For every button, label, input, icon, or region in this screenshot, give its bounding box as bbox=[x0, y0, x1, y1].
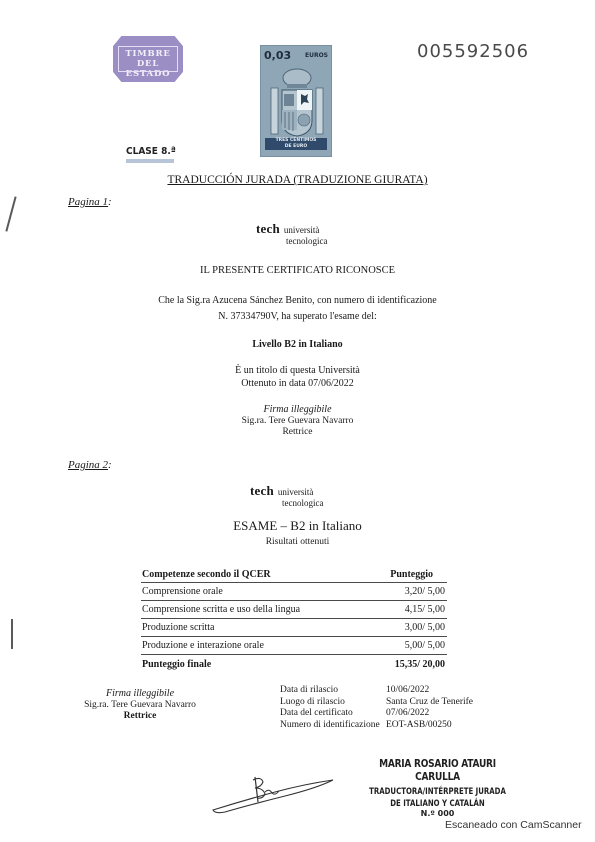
clase-bar bbox=[126, 159, 174, 163]
info-key: Data del certificato bbox=[280, 708, 386, 720]
scan-mark bbox=[5, 196, 16, 231]
logo-line1: università bbox=[278, 487, 314, 497]
page-1-label: Pagina 1: bbox=[68, 196, 112, 208]
info-key: Numero di identificazione bbox=[280, 720, 386, 732]
clase-label: CLASE 8.ª bbox=[126, 146, 176, 157]
row-skill: Comprensione orale bbox=[142, 586, 223, 597]
timbre-del-estado-stamp: TIMBRE DEL ESTADO bbox=[113, 36, 183, 82]
logo-line2: tecnologica bbox=[286, 236, 327, 246]
certificate-heading: IL PRESENTE CERTIFICATO RICONOSCE bbox=[0, 264, 595, 278]
page-1-label-colon: : bbox=[108, 196, 112, 208]
obtained-date: Ottenuto in data 07/06/2022 bbox=[0, 377, 595, 390]
page-2-signature: Firma illeggibile Sig.ra. Tere Guevara N… bbox=[60, 688, 220, 723]
signatory-role: Rettrice bbox=[0, 427, 595, 439]
info-value: 10/06/2022 bbox=[386, 685, 429, 697]
translator-name: MARIA ROSARIO ATAURI CARULLA bbox=[362, 757, 514, 783]
handwritten-signature-icon bbox=[205, 772, 345, 817]
translator-number: N.º 000 bbox=[345, 810, 530, 816]
row-score: 3,00/ 5,00 bbox=[405, 622, 447, 633]
info-row: Data del certificato 07/06/2022 bbox=[280, 708, 473, 720]
table-row: Comprensione scritta e uso della lingua … bbox=[141, 601, 447, 619]
logo-tech: tech bbox=[250, 483, 274, 498]
translator-role-line1: TRADUCTORA/INTÉRPRETE JURADA bbox=[362, 786, 514, 798]
final-score: 15,35/ 20,00 bbox=[395, 659, 447, 670]
table-header: Competenze secondo il QCER Punteggio bbox=[141, 566, 447, 583]
exam-title: ESAME – B2 in Italiano bbox=[0, 518, 595, 534]
info-row: Luogo di rilascio Santa Cruz de Tenerife bbox=[280, 697, 473, 709]
page-1-signature: Firma illeggibile Sig.ra. Tere Guevara N… bbox=[0, 404, 595, 439]
logo-tech: tech bbox=[256, 221, 280, 236]
table-row: Produzione scritta 3,00/ 5,00 bbox=[141, 619, 447, 637]
info-row: Data di rilascio 10/06/2022 bbox=[280, 685, 473, 697]
document-title: TRADUCCIÓN JURADA (TRADUZIONE GIURATA) bbox=[0, 174, 595, 186]
info-value: Santa Cruz de Tenerife bbox=[386, 697, 473, 709]
row-skill: Produzione e interazione orale bbox=[142, 640, 264, 651]
info-key: Luogo di rilascio bbox=[280, 697, 386, 709]
info-value: 07/06/2022 bbox=[386, 708, 429, 720]
coat-of-arms-icon bbox=[269, 64, 325, 140]
scan-mark bbox=[11, 619, 13, 649]
row-skill: Comprensione scritta e uso della lingua bbox=[142, 604, 300, 615]
stamp-band: TRES CÉNTIMOS DE EURO bbox=[265, 138, 327, 150]
row-skill: Produzione scritta bbox=[142, 622, 214, 633]
results-subtitle: Risultati ottenuti bbox=[0, 537, 595, 547]
page-2-label-text: Pagina 2 bbox=[68, 459, 108, 471]
exam-level: Livello B2 in Italiano bbox=[0, 338, 595, 351]
logo-line2: tecnologica bbox=[282, 498, 323, 508]
certificate-info: Data di rilascio 10/06/2022 Luogo di ril… bbox=[280, 685, 473, 731]
certificate-body: Che la Sig.ra Azucena Sánchez Benito, co… bbox=[0, 294, 595, 323]
row-score: 5,00/ 5,00 bbox=[405, 640, 447, 651]
signature-note: Firma illeggibile bbox=[60, 688, 220, 700]
title-statement: È un titolo di questa Università Ottenut… bbox=[0, 364, 595, 390]
table-row: Comprensione orale 3,20/ 5,00 bbox=[141, 583, 447, 601]
header-skill: Competenze secondo il QCER bbox=[142, 569, 271, 580]
info-key: Data di rilascio bbox=[280, 685, 386, 697]
info-row: Numero di identificazione EOT-ASB/00250 bbox=[280, 720, 473, 732]
body-line2: N. 37334790V, ha superato l'esame del: bbox=[0, 310, 595, 323]
logo-line1: università bbox=[284, 225, 320, 235]
body-line1: Che la Sig.ra Azucena Sánchez Benito, co… bbox=[0, 294, 595, 307]
translator-seal: MARIA ROSARIO ATAURI CARULLA TRADUCTORA/… bbox=[345, 757, 530, 816]
serial-number: 005592506 bbox=[417, 41, 529, 62]
stamp-band-line2: DE EURO bbox=[265, 144, 327, 150]
info-value: EOT-ASB/00250 bbox=[386, 720, 452, 732]
page-2-label: Pagina 2: bbox=[68, 459, 112, 471]
signatory-role: Rettrice bbox=[60, 711, 220, 723]
signature-note: Firma illeggibile bbox=[0, 404, 595, 416]
table-final-row: Punteggio finale 15,35/ 20,00 bbox=[141, 655, 447, 673]
title-line: È un titolo di questa Università bbox=[0, 364, 595, 377]
scanner-watermark: Escaneado con CamScanner bbox=[445, 819, 582, 831]
stamp-currency: EUROS bbox=[305, 52, 328, 59]
page-1-label-text: Pagina 1 bbox=[68, 196, 108, 208]
page-2-label-colon: : bbox=[108, 459, 112, 471]
score-table: Competenze secondo il QCER Punteggio Com… bbox=[141, 566, 447, 673]
translator-role-line2: DE ITALIANO Y CATALÁN bbox=[362, 798, 514, 810]
header-score: Punteggio bbox=[390, 569, 447, 580]
row-score: 4,15/ 5,00 bbox=[405, 604, 447, 615]
row-score: 3,20/ 5,00 bbox=[405, 586, 447, 597]
stamp-value: 0,03 bbox=[264, 49, 291, 62]
table-row: Produzione e interazione orale 5,00/ 5,0… bbox=[141, 637, 447, 655]
signatory-name: Sig.ra. Tere Guevara Navarro bbox=[60, 700, 220, 712]
signatory-name: Sig.ra. Tere Guevara Navarro bbox=[0, 416, 595, 428]
final-skill: Punteggio finale bbox=[142, 659, 211, 670]
document-title-text: TRADUCCIÓN JURADA (TRADUZIONE GIURATA) bbox=[167, 174, 427, 186]
revenue-stamp: 0,03 EUROS TRES CÉNTIMOS DE EURO bbox=[260, 45, 332, 157]
